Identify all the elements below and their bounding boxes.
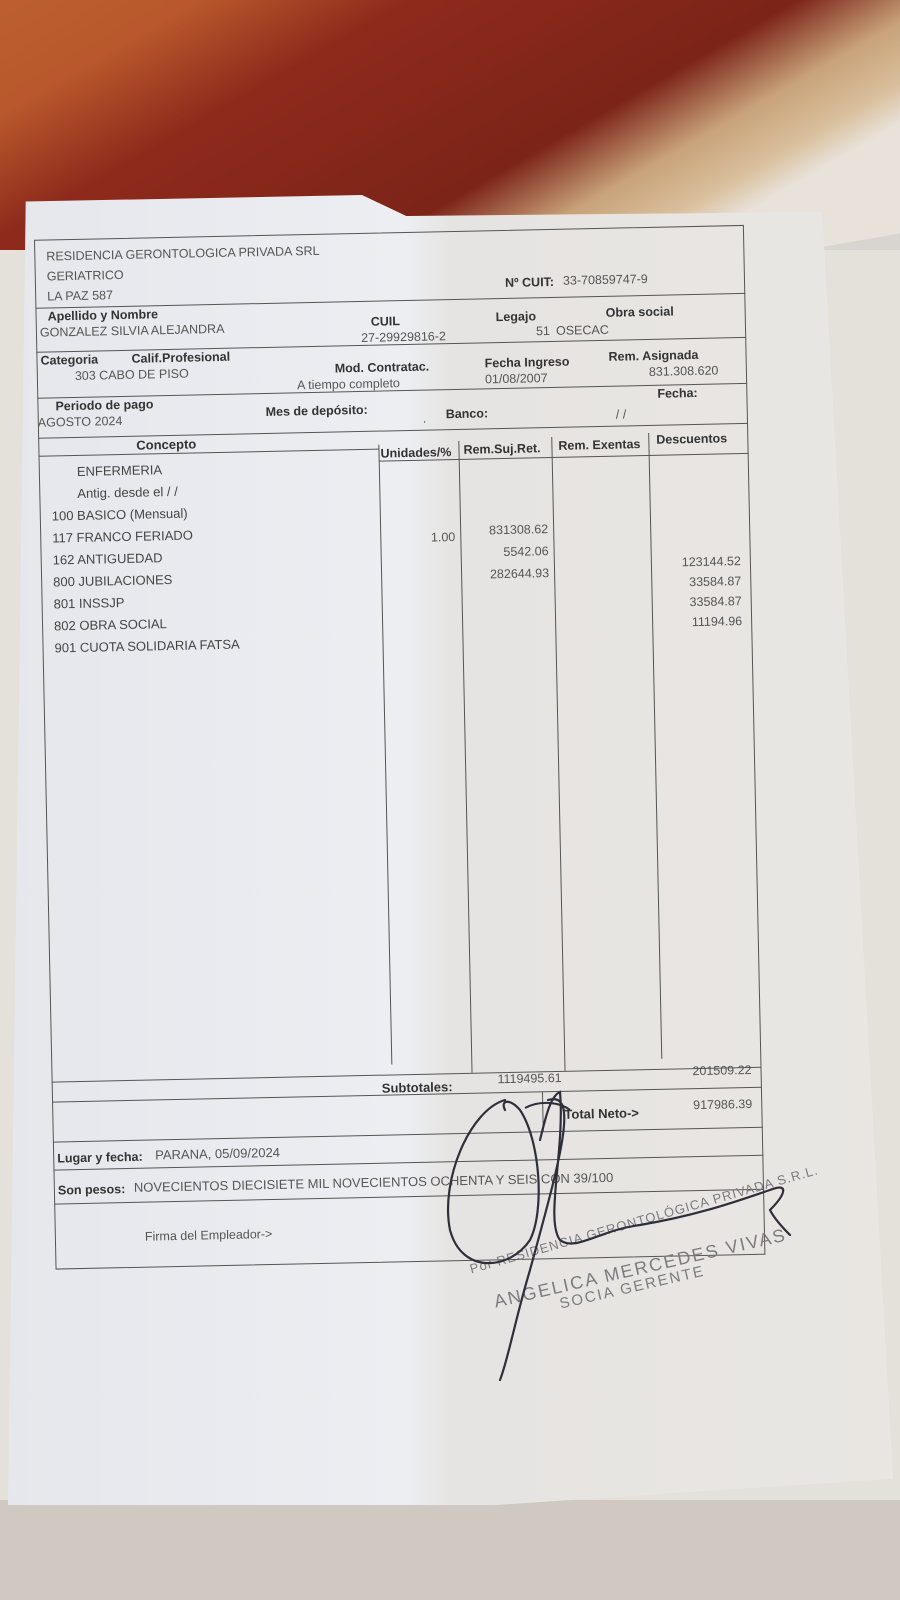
lugar-fecha-value: PARANA, 05/09/2024 — [155, 1145, 280, 1163]
cuit-value: 33-70859747-9 — [563, 272, 648, 288]
row-concepto: 100 BASICO (Mensual) — [52, 506, 188, 524]
rem-asignada-value: 831.308.620 — [649, 363, 719, 378]
row-rem-suj-ret: 5542.06 — [461, 544, 549, 560]
row-rem-suj-ret: 831308.62 — [460, 522, 548, 538]
mes-deposito-label: Mes de depósito: — [266, 403, 368, 419]
total-neto-label: Total Neto-> — [564, 1105, 639, 1122]
calif-profesional-label: Calif.Profesional — [131, 350, 230, 366]
fecha-value: / / — [616, 407, 627, 421]
row-concepto: Antig. desde el / / — [77, 484, 178, 501]
header-rem-exentas: Rem. Exentas — [558, 437, 640, 453]
fecha-label: Fecha: — [657, 386, 698, 401]
son-pesos-label: Son pesos: — [58, 1182, 126, 1197]
subtotal-descuentos: 201509.22 — [671, 1063, 751, 1079]
row-descuentos: 33584.87 — [651, 574, 741, 590]
row-concepto: ENFERMERIA — [77, 462, 163, 479]
rem-asignada-label: Rem. Asignada — [608, 348, 698, 364]
row-concepto: 800 JUBILACIONES — [53, 572, 173, 589]
row-descuentos: 33584.87 — [652, 594, 742, 610]
towel-background-bottom — [0, 1500, 900, 1600]
row-concepto: 801 INSSJP — [53, 595, 124, 611]
employer-type: GERIATRICO — [47, 268, 124, 284]
fecha-ingreso-value: 01/08/2007 — [485, 371, 548, 386]
row-rem-suj-ret: 282644.93 — [461, 566, 549, 582]
row-concepto: 117 FRANCO FERIADO — [52, 528, 193, 546]
categoria-value: 303 CABO DE PISO — [75, 367, 189, 383]
firma-label: Firma del Empleador-> — [145, 1227, 273, 1244]
total-neto-value: 917986.39 — [672, 1097, 752, 1113]
header-concepto: Concepto — [136, 436, 196, 452]
legajo-label: Legajo — [496, 309, 537, 324]
header-rem-suj-ret: Rem.Suj.Ret. — [463, 441, 540, 457]
subtotal-rem-suj-ret: 1119495.61 — [482, 1071, 562, 1087]
name-label: Apellido y Nombre — [47, 307, 158, 323]
row-descuentos: 11194.96 — [652, 614, 742, 630]
mod-contratac-label: Mod. Contratac. — [335, 360, 430, 376]
header-unidades: Unidades/% — [380, 445, 451, 460]
legajo-value: 51 — [536, 324, 550, 338]
cuit-label: Nº CUIT: — [505, 275, 554, 290]
banco-label: Banco: — [446, 406, 489, 421]
row-descuentos: 123144.52 — [651, 554, 741, 570]
row-concepto: 162 ANTIGUEDAD — [53, 550, 163, 567]
mes-deposito-value: . — [423, 412, 427, 426]
lugar-fecha-label: Lugar y fecha: — [57, 1150, 143, 1166]
row-unidades: 1.00 — [375, 530, 455, 546]
row-concepto: 802 OBRA SOCIAL — [54, 616, 167, 633]
periodo-label: Periodo de pago — [55, 397, 153, 413]
fecha-ingreso-label: Fecha Ingreso — [485, 355, 570, 371]
payslip: RESIDENCIA GERONTOLOGICA PRIVADA SRL GER… — [24, 223, 845, 1270]
header-descuentos: Descuentos — [656, 431, 727, 446]
obra-social-label: Obra social — [606, 304, 674, 319]
cuil-label: CUIL — [371, 314, 400, 329]
periodo-value: AGOSTO 2024 — [38, 414, 123, 430]
categoria-label: Categoria — [40, 352, 98, 367]
employer-address: LA PAZ 587 — [47, 288, 113, 303]
obra-social-value: OSECAC — [556, 323, 609, 338]
